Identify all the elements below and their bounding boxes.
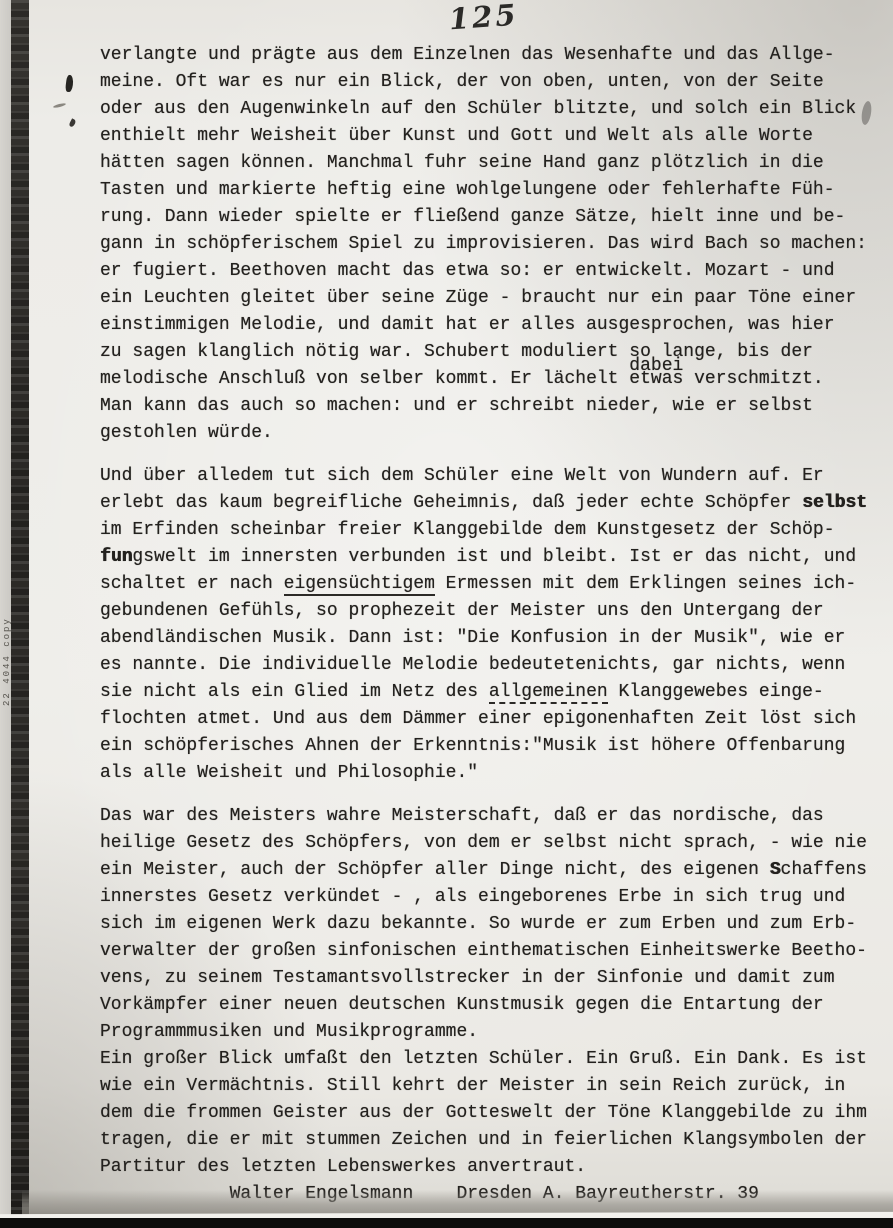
text-line: er fugiert. Beethoven macht das etwa so:… (100, 258, 880, 285)
text-segment-bold: selbst (802, 493, 867, 513)
text-line: tragen, die er mit stummen Zeichen und i… (100, 1127, 880, 1154)
handwritten-page-number: 125 (448, 0, 520, 36)
text-line: Man kann das auch so machen: und er schr… (100, 393, 880, 420)
text-segment: innerstes Gesetz verkündet - , als einge… (100, 887, 845, 907)
text-segment: er fugiert. Beethoven macht das etwa so:… (100, 261, 835, 281)
text-segment: Programmmusiken und Musikprogramme. (100, 1022, 478, 1042)
text-line: als alle Weisheit und Philosophie." (100, 760, 880, 787)
text-segment: heilige Gesetz des Schöpfers, von dem er… (100, 833, 867, 853)
ink-mark (53, 102, 66, 108)
text-segment: erlebt das kaum begreifliche Geheimnis, … (100, 493, 802, 513)
text-segment: Klanggewebes einge- (608, 682, 824, 702)
text-segment: schaltet er nach (100, 574, 284, 594)
text-line: heilige Gesetz des Schöpfers, von dem er… (100, 830, 880, 857)
text-segment: ein Meister, auch der Schöpfer aller Din… (100, 860, 770, 880)
text-segment: tragen, die er mit stummen Zeichen und i… (100, 1130, 867, 1150)
text-line: sich im eigenen Werk dazu bekannte. So w… (100, 911, 880, 938)
text-segment: meine. Oft war es nur ein Blick, der von… (100, 72, 824, 92)
text-line: abendländischen Musik. Dann ist: "Die Ko… (100, 625, 880, 652)
text-line: meine. Oft war es nur ein Blick, der von… (100, 69, 880, 96)
text-segment: gestohlen würde. (100, 423, 273, 443)
edge-stamp-text: 22 4044 copy (2, 617, 12, 706)
text-segment-bold: un (111, 547, 133, 567)
text-line: vens, zu seinem Testamantsvollstrecker i… (100, 965, 880, 992)
text-segment: vens, zu seinem Testamantsvollstrecker i… (100, 968, 835, 988)
text-segment: Partitur des letzten Lebenswerkes anvert… (100, 1157, 586, 1177)
text-line: gann in schöpferischem Spiel zu improvis… (100, 231, 880, 258)
text-segment: Vorkämpfer einer neuen deutschen Kunstmu… (100, 995, 824, 1015)
ink-mark (68, 118, 76, 127)
text-line: zu sagen klanglich nötig war. Schubert m… (100, 339, 880, 366)
text-line: innerstes Gesetz verkündet - , als einge… (100, 884, 880, 911)
text-segment: im Erfinden scheinbar freier Klanggebild… (100, 520, 835, 540)
text-segment: Das war des Meisters wahre Meisterschaft… (100, 806, 824, 826)
text-segment: flochten atmet. Und aus dem Dämmer einer… (100, 709, 856, 729)
text-line: Und über alledem tut sich dem Schüler ei… (100, 463, 880, 490)
text-segment: gebundenen Gefühls, so prophezeit der Me… (100, 601, 824, 621)
text-block: verlangte und prägte aus dem Einzelnen d… (100, 42, 880, 1208)
text-line: es nannte. Die individuelle Melodie bede… (100, 652, 880, 679)
text-segment: ein Leuchten gleitet über seine Züge - b… (100, 288, 856, 308)
text-segment: oder aus den Augenwinkeln auf den Schüle… (100, 99, 856, 119)
text-line: oder aus den Augenwinkeln auf den Schüle… (100, 96, 880, 123)
text-segment: Tasten und markierte heftig eine wohlgel… (100, 180, 835, 200)
text-line: Programmmusiken und Musikprogramme. (100, 1019, 880, 1046)
text-segment: verwalter der großen sinfonischen einthe… (100, 941, 867, 961)
text-line: Vorkämpfer einer neuen deutschen Kunstmu… (100, 992, 880, 1019)
paragraph: verlangte und prägte aus dem Einzelnen d… (100, 42, 880, 447)
text-segment: sie nicht als ein Glied im Netz des (100, 682, 489, 702)
text-line: erlebt das kaum begreifliche Geheimnis, … (100, 490, 880, 517)
text-segment-bold: S (770, 860, 781, 880)
text-line: Das war des Meisters wahre Meisterschaft… (100, 803, 880, 830)
text-segment-underline: eigensüchtigem (284, 574, 435, 596)
text-line: verwalter der großen sinfonischen einthe… (100, 938, 880, 965)
text-line: verlangte und prägte aus dem Einzelnen d… (100, 42, 880, 69)
text-line: ein Meister, auch der Schöpfer aller Din… (100, 857, 880, 884)
scan-binding-strip (11, 0, 29, 1216)
scanned-document-page: 22 4044 copy 125 verlangte und prägte au… (0, 0, 893, 1228)
text-segment: sich im eigenen Werk dazu bekannte. So w… (100, 914, 856, 934)
text-line: einstimmigen Melodie, und damit hat er a… (100, 312, 880, 339)
text-segment: zu sagen klanglich nötig war. Schubert m… (100, 342, 813, 362)
text-segment: Ermessen mit dem Erklingen seines ich- (435, 574, 856, 594)
text-segment: Man kann das auch so machen: und er schr… (100, 396, 813, 416)
text-segment: enthielt mehr Weisheit über Kunst und Go… (100, 126, 813, 146)
text-line: flochten atmet. Und aus dem Dämmer einer… (100, 706, 880, 733)
text-segment: einstimmigen Melodie, und damit hat er a… (100, 315, 835, 335)
text-line: hätten sagen können. Manchmal fuhr seine… (100, 150, 880, 177)
text-line: dem die frommen Geister aus der Gotteswe… (100, 1100, 880, 1127)
text-segment: rung. Dann wieder spielte er fließend ga… (100, 207, 845, 227)
text-segment: verlangte und prägte aus dem Einzelnen d… (100, 45, 835, 65)
text-segment: Und über alledem tut sich dem Schüler ei… (100, 466, 824, 486)
text-line: enthielt mehr Weisheit über Kunst und Go… (100, 123, 880, 150)
text-segment: gann in schöpferischem Spiel zu improvis… (100, 234, 867, 254)
text-segment: als alle Weisheit und Philosophie." (100, 763, 478, 783)
text-line: sie nicht als ein Glied im Netz des allg… (100, 679, 880, 706)
text-segment: wie ein Vermächtnis. Still kehrt der Mei… (100, 1076, 845, 1096)
text-segment: dem die frommen Geister aus der Gotteswe… (100, 1103, 867, 1123)
text-line: gebundenen Gefühls, so prophezeit der Me… (100, 598, 880, 625)
text-line: ein schöpferisches Ahnen der Erkenntnis:… (100, 733, 880, 760)
text-line: gestohlen würde. (100, 420, 880, 447)
text-segment: Ein großer Blick umfaßt den letzten Schü… (100, 1049, 867, 1069)
text-segment: gswelt im innersten verbunden ist und bl… (132, 547, 856, 567)
text-segment-bold: f (100, 547, 111, 567)
text-line: im Erfinden scheinbar freier Klanggebild… (100, 517, 880, 544)
text-segment: es nannte. Die individuelle Melodie bede… (100, 655, 845, 675)
text-segment: hätten sagen können. Manchmal fuhr seine… (100, 153, 824, 173)
text-line: fungswelt im innersten verbunden ist und… (100, 544, 880, 571)
text-line: schaltet er nach eigensüchtigem Ermessen… (100, 571, 880, 598)
text-line: wie ein Vermächtnis. Still kehrt der Mei… (100, 1073, 880, 1100)
text-segment-underline-dashed: allgemeinen (489, 682, 608, 704)
text-line: ein Leuchten gleitet über seine Züge - b… (100, 285, 880, 312)
text-line: melodische Anschluß von selber kommt. Er… (100, 366, 880, 393)
text-line: Tasten und markierte heftig eine wohlgel… (100, 177, 880, 204)
text-line: Partitur des letzten Lebenswerkes anvert… (100, 1154, 880, 1181)
paragraph: Das war des Meisters wahre Meisterschaft… (100, 803, 880, 1181)
text-line: Ein großer Blick umfaßt den letzten Schü… (100, 1046, 880, 1073)
paragraph: Und über alledem tut sich dem Schüler ei… (100, 463, 880, 787)
ink-mark (65, 75, 74, 93)
text-segment: abendländischen Musik. Dann ist: "Die Ko… (100, 628, 845, 648)
text-segment: chaffens (781, 860, 867, 880)
text-segment: ein schöpferisches Ahnen der Erkenntnis:… (100, 736, 845, 756)
scan-bottom-edge (0, 1218, 893, 1228)
text-segment: melodische Anschluß von selber kommt. Er… (100, 369, 629, 389)
text-line: rung. Dann wieder spielte er fließend ga… (100, 204, 880, 231)
